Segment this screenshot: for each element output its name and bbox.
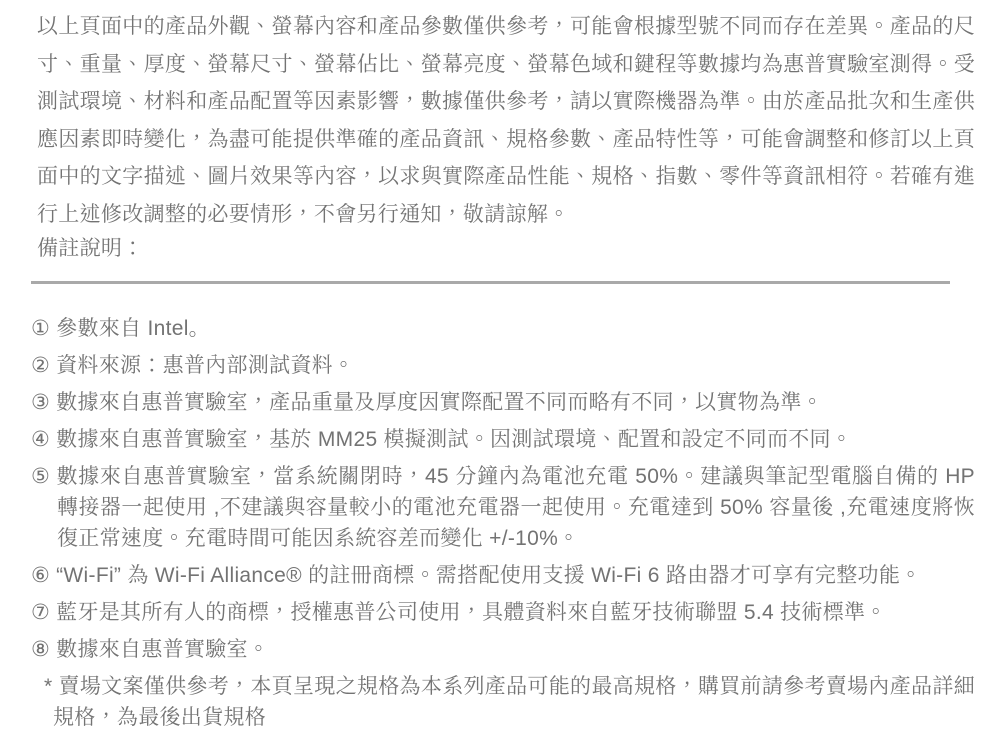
section-divider xyxy=(31,281,950,284)
note-marker: ⑥ xyxy=(31,564,50,587)
note-marker: ① xyxy=(31,317,50,340)
disclaimer-paragraph: 以上頁面中的產品外觀、螢幕內容和產品參數僅供參考，可能會根據型號不同而存在差異。… xyxy=(37,8,975,233)
note-text: 數據來自惠普實驗室。 xyxy=(56,638,269,661)
notes-heading: 備註說明： xyxy=(37,233,975,264)
note-marker: ② xyxy=(31,354,50,377)
note-marker: ⑤ xyxy=(31,465,51,488)
note-text: 資料來源：惠普內部測試資料。 xyxy=(56,354,354,377)
note-text: 數據來自惠普實驗室，基於 MM25 模擬測試。因測試環境、配置和設定不同而不同。 xyxy=(56,428,852,451)
note-text: 數據來自惠普實驗室，產品重量及厚度因實際配置不同而略有不同，以實物為準。 xyxy=(56,391,823,414)
note-item-4: ④數據來自惠普實驗室，基於 MM25 模擬測試。因測試環境、配置和設定不同而不同… xyxy=(31,424,975,455)
note-item-5: ⑤數據來自惠普實驗室，當系統關閉時，45 分鐘內為電池充電 50%。建議與筆記型… xyxy=(31,461,975,554)
note-text: 參數來自 Intel。 xyxy=(56,317,210,340)
note-text: 賣場文案僅供參考，本頁呈現之規格為本系列產品可能的最高規格，購買前請參考賣場內產… xyxy=(53,675,975,729)
product-disclaimer-page: 以上頁面中的產品外觀、螢幕內容和產品參數僅供參考，可能會根據型號不同而存在差異。… xyxy=(0,0,1000,748)
note-text: “Wi-Fi” 為 Wi-Fi Alliance® 的註冊商標。需搭配使用支援 … xyxy=(56,564,921,587)
note-item-2: ②資料來源：惠普內部測試資料。 xyxy=(31,350,975,381)
note-text: 藍牙是其所有人的商標，授權惠普公司使用，具體資料來自藍牙技術聯盟 5.4 技術標… xyxy=(56,601,886,624)
note-marker: ⑧ xyxy=(31,638,50,661)
note-marker: * xyxy=(44,675,52,698)
note-item-7: ⑦藍牙是其所有人的商標，授權惠普公司使用，具體資料來自藍牙技術聯盟 5.4 技術… xyxy=(31,597,975,628)
note-text: 數據來自惠普實驗室，當系統關閉時，45 分鐘內為電池充電 50%。建議與筆記型電… xyxy=(57,465,976,550)
note-item-8: ⑧數據來自惠普實驗室。 xyxy=(31,634,975,665)
notes-list: ①參數來自 Intel。 ②資料來源：惠普內部測試資料。 ③數據來自惠普實驗室，… xyxy=(31,313,975,733)
note-marker: ③ xyxy=(31,391,50,414)
note-item-6: ⑥“Wi-Fi” 為 Wi-Fi Alliance® 的註冊商標。需搭配使用支援… xyxy=(31,560,975,591)
note-item-asterisk: *賣場文案僅供參考，本頁呈現之規格為本系列產品可能的最高規格，購買前請參考賣場內… xyxy=(44,671,975,733)
note-item-3: ③數據來自惠普實驗室，產品重量及厚度因實際配置不同而略有不同，以實物為準。 xyxy=(31,387,975,418)
note-marker: ④ xyxy=(31,428,50,451)
note-marker: ⑦ xyxy=(31,601,50,624)
note-item-1: ①參數來自 Intel。 xyxy=(31,313,975,344)
